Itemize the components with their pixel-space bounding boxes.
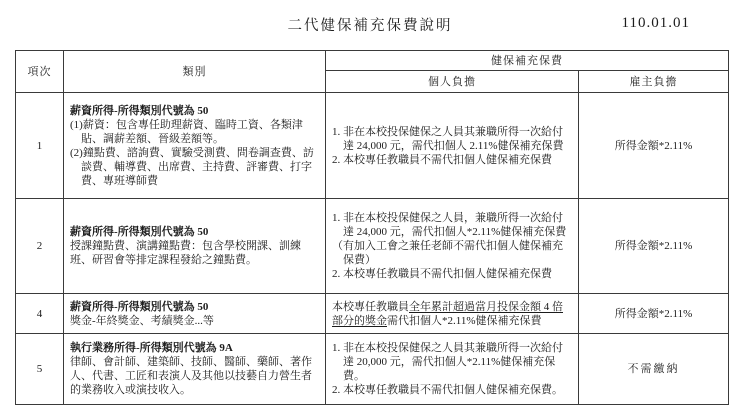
row2-personal-item: （有加入工會之兼任老師不需代扣個人健保補充保費）	[332, 239, 572, 267]
row1-category-item: (2)鐘點費、諮詢費、實驗受測費、問卷調查費、訪談費、輔導費、出席費、主持費、評…	[70, 146, 319, 188]
table-row: 4 薪資所得-所得類別代號為 50 獎金-年終獎金、考績獎金...等 本校專任教…	[16, 294, 729, 334]
row2-personal: 1. 非在本校投保健保之人員，兼職所得一次給付達 24,000 元，需代扣個人*…	[326, 199, 579, 294]
row4-category: 薪資所得-所得類別代號為 50 獎金-年終獎金、考績獎金...等	[64, 294, 326, 334]
row2-category-title: 薪資所得-所得類別代號為 50	[70, 225, 319, 239]
row4-employer: 所得金額*2.11%	[579, 294, 729, 334]
row4-personal: 本校專任教職員全年累計超過當月投保金額 4 倍部分的獎金需代扣個人*2.11%健…	[326, 294, 579, 334]
row5-personal-item: 2. 本校專任教職員不需代扣個人健保補充保費。	[332, 383, 572, 397]
table-row: 5 執行業務所得-所得類別代號為 9A 律師、會計師、建築師、技師、醫師、藥師、…	[16, 334, 729, 405]
row4-category-item: 獎金-年終獎金、考績獎金...等	[70, 314, 319, 328]
header-employer: 雇主負擔	[579, 71, 729, 93]
row4-personal-text: 需代扣個人*2.11%健保補充保費	[387, 315, 542, 327]
row5-personal: 1. 非在本校投保健保之人員其兼職所得一次給付達 20,000 元，需代扣個人*…	[326, 334, 579, 405]
row5-personal-item: 1. 非在本校投保健保之人員其兼職所得一次給付達 20,000 元，需代扣個人*…	[332, 341, 572, 383]
row2-category: 薪資所得-所得類別代號為 50 授課鐘點費、演講鐘點費：包含學校開課、訓練班、研…	[64, 199, 326, 294]
header-item-no: 項次	[16, 51, 64, 93]
row2-personal-item: 2. 本校專任教職員不需代扣個人健保補充保費	[332, 267, 572, 281]
row5-category-title: 執行業務所得-所得類別代號為 9A	[70, 341, 319, 355]
header-premium-group: 健保補充保費	[326, 51, 729, 71]
header-personal: 個人負擔	[326, 71, 579, 93]
row5-category: 執行業務所得-所得類別代號為 9A 律師、會計師、建築師、技師、醫師、藥師、著作…	[64, 334, 326, 405]
row4-personal-text: 本校專任教職員	[332, 301, 409, 313]
row5-no: 5	[16, 334, 64, 405]
row1-no: 1	[16, 93, 64, 199]
table-row: 2 薪資所得-所得類別代號為 50 授課鐘點費、演講鐘點費：包含學校開課、訓練班…	[16, 199, 729, 294]
document-header: 二代健保補充保費說明 110.01.01	[0, 14, 740, 38]
row2-employer: 所得金額*2.11%	[579, 199, 729, 294]
row1-personal-item: 1. 非在本校投保健保之人員其兼職所得一次給付達 24,000 元，需代扣個人 …	[332, 125, 572, 153]
row4-no: 4	[16, 294, 64, 334]
premium-table: 項次 類別 健保補充保費 個人負擔 雇主負擔 1 薪資所得-所得類別代號為 50…	[15, 50, 729, 405]
row2-personal-item: 1. 非在本校投保健保之人員，兼職所得一次給付達 24,000 元，需代扣個人*…	[332, 211, 572, 239]
document-date: 110.01.01	[622, 15, 690, 32]
row1-personal: 1. 非在本校投保健保之人員其兼職所得一次給付達 24,000 元，需代扣個人 …	[326, 93, 579, 199]
row2-category-item: 授課鐘點費、演講鐘點費：包含學校開課、訓練班、研習會等排定課程發給之鐘點費。	[70, 239, 319, 267]
row1-employer: 所得金額*2.11%	[579, 93, 729, 199]
row1-category-item: (1)薪資：包含專任助理薪資、臨時工資、各類津貼、調薪差額、晉級差額等。	[70, 118, 319, 146]
table-row: 1 薪資所得-所得類別代號為 50 (1)薪資：包含專任助理薪資、臨時工資、各類…	[16, 93, 729, 199]
row4-category-title: 薪資所得-所得類別代號為 50	[70, 300, 319, 314]
header-category: 類別	[64, 51, 326, 93]
row5-employer: 不需繳納	[579, 334, 729, 405]
row1-category-title: 薪資所得-所得類別代號為 50	[70, 104, 319, 118]
row5-category-item: 律師、會計師、建築師、技師、醫師、藥師、著作人、代書、工匠和表演人及其他以技藝自…	[70, 355, 319, 397]
row1-category: 薪資所得-所得類別代號為 50 (1)薪資：包含專任助理薪資、臨時工資、各類津貼…	[64, 93, 326, 199]
row2-no: 2	[16, 199, 64, 294]
row1-personal-item: 2. 本校專任教職員不需代扣個人健保補充保費	[332, 153, 572, 167]
header-row-1: 項次 類別 健保補充保費	[16, 51, 729, 71]
